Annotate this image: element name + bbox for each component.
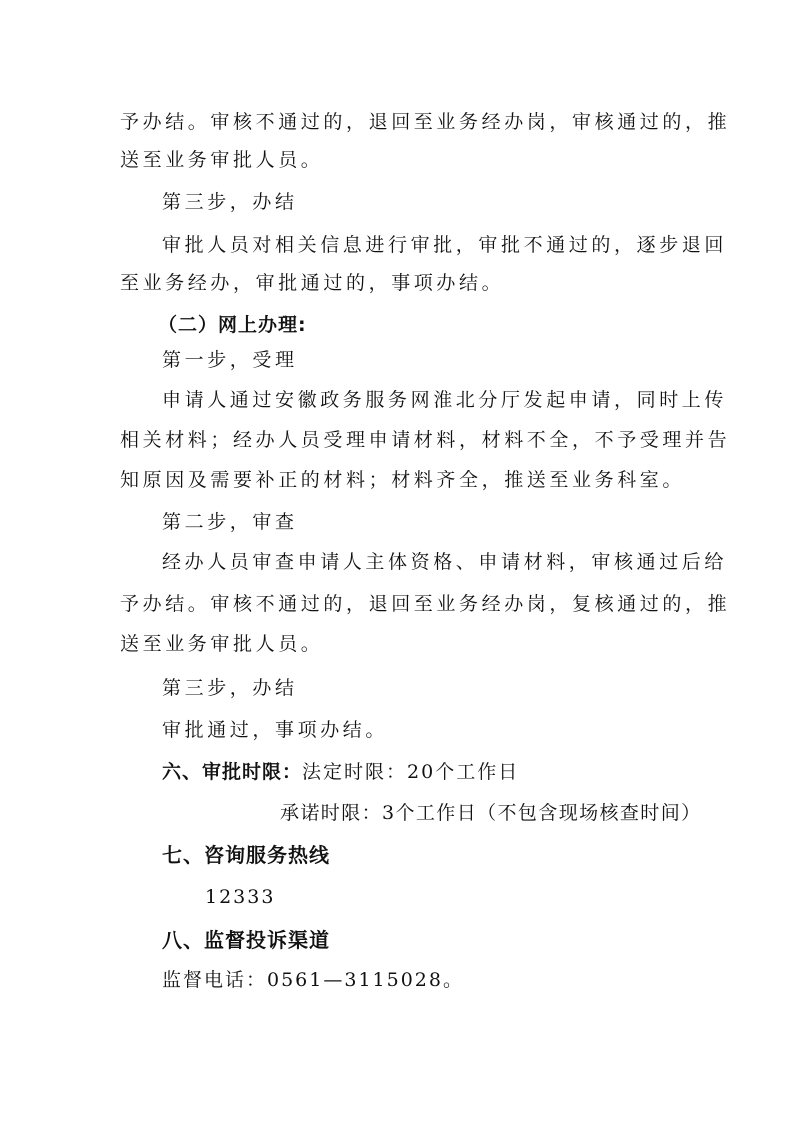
paragraph-line: 审批通过，事项办结。 [162, 718, 700, 742]
step-heading: 第三步，办结 [162, 676, 700, 700]
paragraph-line: 予办结。审核不通过的，退回至业务经办岗，审核通过的，推 [120, 110, 700, 134]
time-limit-row: 六、审批时限：法定时限：20个工作日 [162, 760, 700, 784]
paragraph-line: 经办人员审查申请人主体资格、申请材料，审核通过后给 [162, 550, 700, 574]
paragraph-line: 知原因及需要补正的材料；材料齐全，推送至业务科室。 [120, 468, 700, 492]
supervision-phone: 监督电话：0561—3115028。 [162, 968, 700, 992]
paragraph-line: 送至业务审批人员。 [120, 148, 700, 172]
step-heading: 第三步，办结 [162, 190, 700, 214]
paragraph-line: 送至业务审批人员。 [120, 632, 700, 656]
hotline-number: 12333 [205, 885, 785, 909]
promised-time-limit: 承诺时限：3个工作日（不包含现场核查时间） [280, 801, 710, 825]
paragraph-line: 予办结。审核不通过的，退回至业务经办岗，复核通过的，推 [120, 592, 700, 616]
paragraph-line: 至业务经办，审批通过的，事项办结。 [120, 271, 700, 295]
step-heading: 第一步，受理 [162, 348, 700, 372]
paragraph-line: 申请人通过安徽政务服务网淮北分厅发起申请，同时上传 [162, 388, 700, 412]
legal-time-limit: 法定时限：20个工作日 [302, 761, 519, 783]
hotline-heading: 七、咨询服务热线 [162, 843, 700, 867]
paragraph-line: 相关材料；经办人员受理申请材料，材料不全，不予受理并告 [120, 428, 700, 452]
section-heading-online: （二）网上办理: [158, 313, 696, 337]
step-heading: 第二步，审查 [162, 510, 700, 534]
supervision-heading: 八、监督投诉渠道 [162, 928, 700, 952]
time-limit-heading: 六、审批时限： [162, 761, 302, 783]
paragraph-line: 审批人员对相关信息进行审批，审批不通过的，逐步退回 [162, 233, 700, 257]
